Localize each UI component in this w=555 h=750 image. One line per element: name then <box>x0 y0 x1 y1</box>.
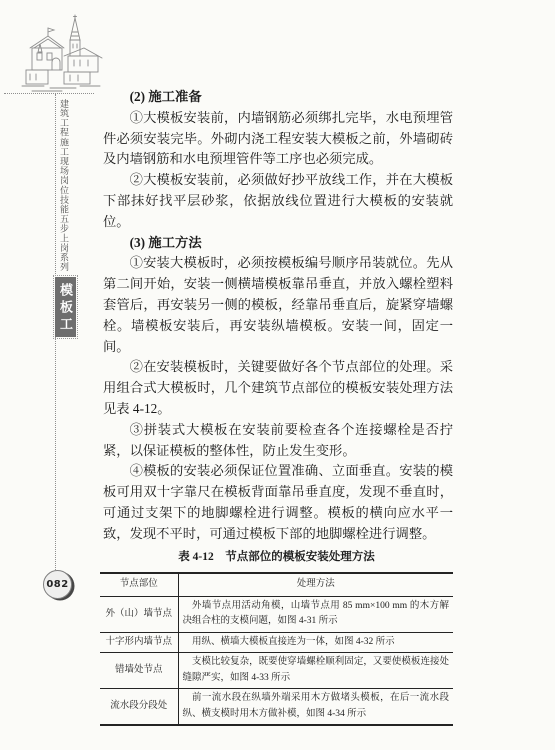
body-paragraph: ④模板的安装必须保证位置准确、立面垂直。安装的模板可用双十字靠尺在模板背面靠吊垂… <box>103 461 453 544</box>
book-page: 建筑工程施工现场岗位技能五步上岗系列 模板工 082 (2) 施工准备 ①大模板… <box>0 0 555 750</box>
installation-methods-table: 节点部位 处理方法 外（山）墙节点 外墙节点用活动角模，山墙节点用 85 mm×… <box>100 572 453 726</box>
sidebar-divider-horizontal <box>4 93 94 94</box>
table-header-row: 节点部位 处理方法 <box>100 573 453 596</box>
node-part-cell: 十字形内墙节点 <box>100 632 178 653</box>
method-text: 支模比较复杂，既要使穿墙螺栓顺利固定，又要使模板连接处缝隙严实，如图 4-33 … <box>183 655 450 686</box>
method-cell: 用纵、横墙大模板直接连为一体，如图 4-32 所示 <box>178 632 453 653</box>
body-paragraph: ②在安装模板时，关键要做好各个节点部位的处理。采用组合式大模板时，几个建筑节点部… <box>103 357 453 419</box>
method-cell: 前一流水段在纵墙外端采用木方做堵头模板，在后一流水段纵、横支模时用木方做补模，如… <box>178 689 453 726</box>
body-paragraph: ①安装大模板时，必须按模板编号顺序吊装就位。先从第二间开始，安装一侧横墙模板靠吊… <box>103 253 453 357</box>
building-illustration <box>18 14 106 96</box>
section-heading-construction-method: (3) 施工方法 <box>103 233 453 254</box>
method-text: 用纵、横墙大模板直接连为一体，如图 4-32 所示 <box>183 635 450 651</box>
section-heading-construction-prep: (2) 施工准备 <box>103 87 453 108</box>
trade-badge: 模板工 <box>55 277 76 337</box>
method-text: 外墙节点用活动角模，山墙节点用 85 mm×100 mm 的木方解决组合柱的支模… <box>183 599 450 630</box>
method-cell: 外墙节点用活动角模，山墙节点用 85 mm×100 mm 的木方解决组合柱的支模… <box>178 596 453 632</box>
table-row: 流水段分段处 前一流水段在纵墙外端采用木方做堵头模板，在后一流水段纵、横支模时用… <box>100 689 453 726</box>
node-part-cell: 外（山）墙节点 <box>100 596 178 632</box>
table-header-cell-method: 处理方法 <box>178 573 453 596</box>
body-paragraph: ②大模板安装前，必须做好抄平放线工作，并在大模板下部抹好找平层砂浆，依据放线位置… <box>103 170 453 232</box>
node-part-cell: 错墙处节点 <box>100 653 178 689</box>
table-row: 外（山）墙节点 外墙节点用活动角模，山墙节点用 85 mm×100 mm 的木方… <box>100 596 453 632</box>
body-paragraph: ①大模板安装前，内墙钢筋必须绑扎完毕，水电预埋管件必须安装完毕。外砌内浇工程安装… <box>103 108 453 170</box>
table-row: 十字形内墙节点 用纵、横墙大模板直接连为一体，如图 4-32 所示 <box>100 632 453 653</box>
page-number-badge: 082 <box>43 570 72 599</box>
table-caption: 表 4-12 节点部位的模板安装处理方法 <box>100 547 453 568</box>
node-part-cell: 流水段分段处 <box>100 689 178 726</box>
body-paragraph: ③拼装式大模板在安装前要检查各个连接螺栓是否拧紧，以保证模板的整体性，防止发生变… <box>103 420 453 462</box>
page-content: (2) 施工准备 ①大模板安装前，内墙钢筋必须绑扎完毕，水电预埋管件必须安装完毕… <box>103 87 453 726</box>
method-cell: 支模比较复杂，既要使穿墙螺栓顺利固定，又要使模板连接处缝隙严实，如图 4-33 … <box>178 653 453 689</box>
table-row: 错墙处节点 支模比较复杂，既要使穿墙螺栓顺利固定，又要使模板连接处缝隙严实，如图… <box>100 653 453 689</box>
table-header-cell-node-part: 节点部位 <box>100 573 178 596</box>
method-text: 前一流水段在纵墙外端采用木方做堵头模板，在后一流水段纵、横支模时用木方做补模，如… <box>183 691 450 722</box>
series-title: 建筑工程施工现场岗位技能五步上岗系列 <box>57 99 70 277</box>
